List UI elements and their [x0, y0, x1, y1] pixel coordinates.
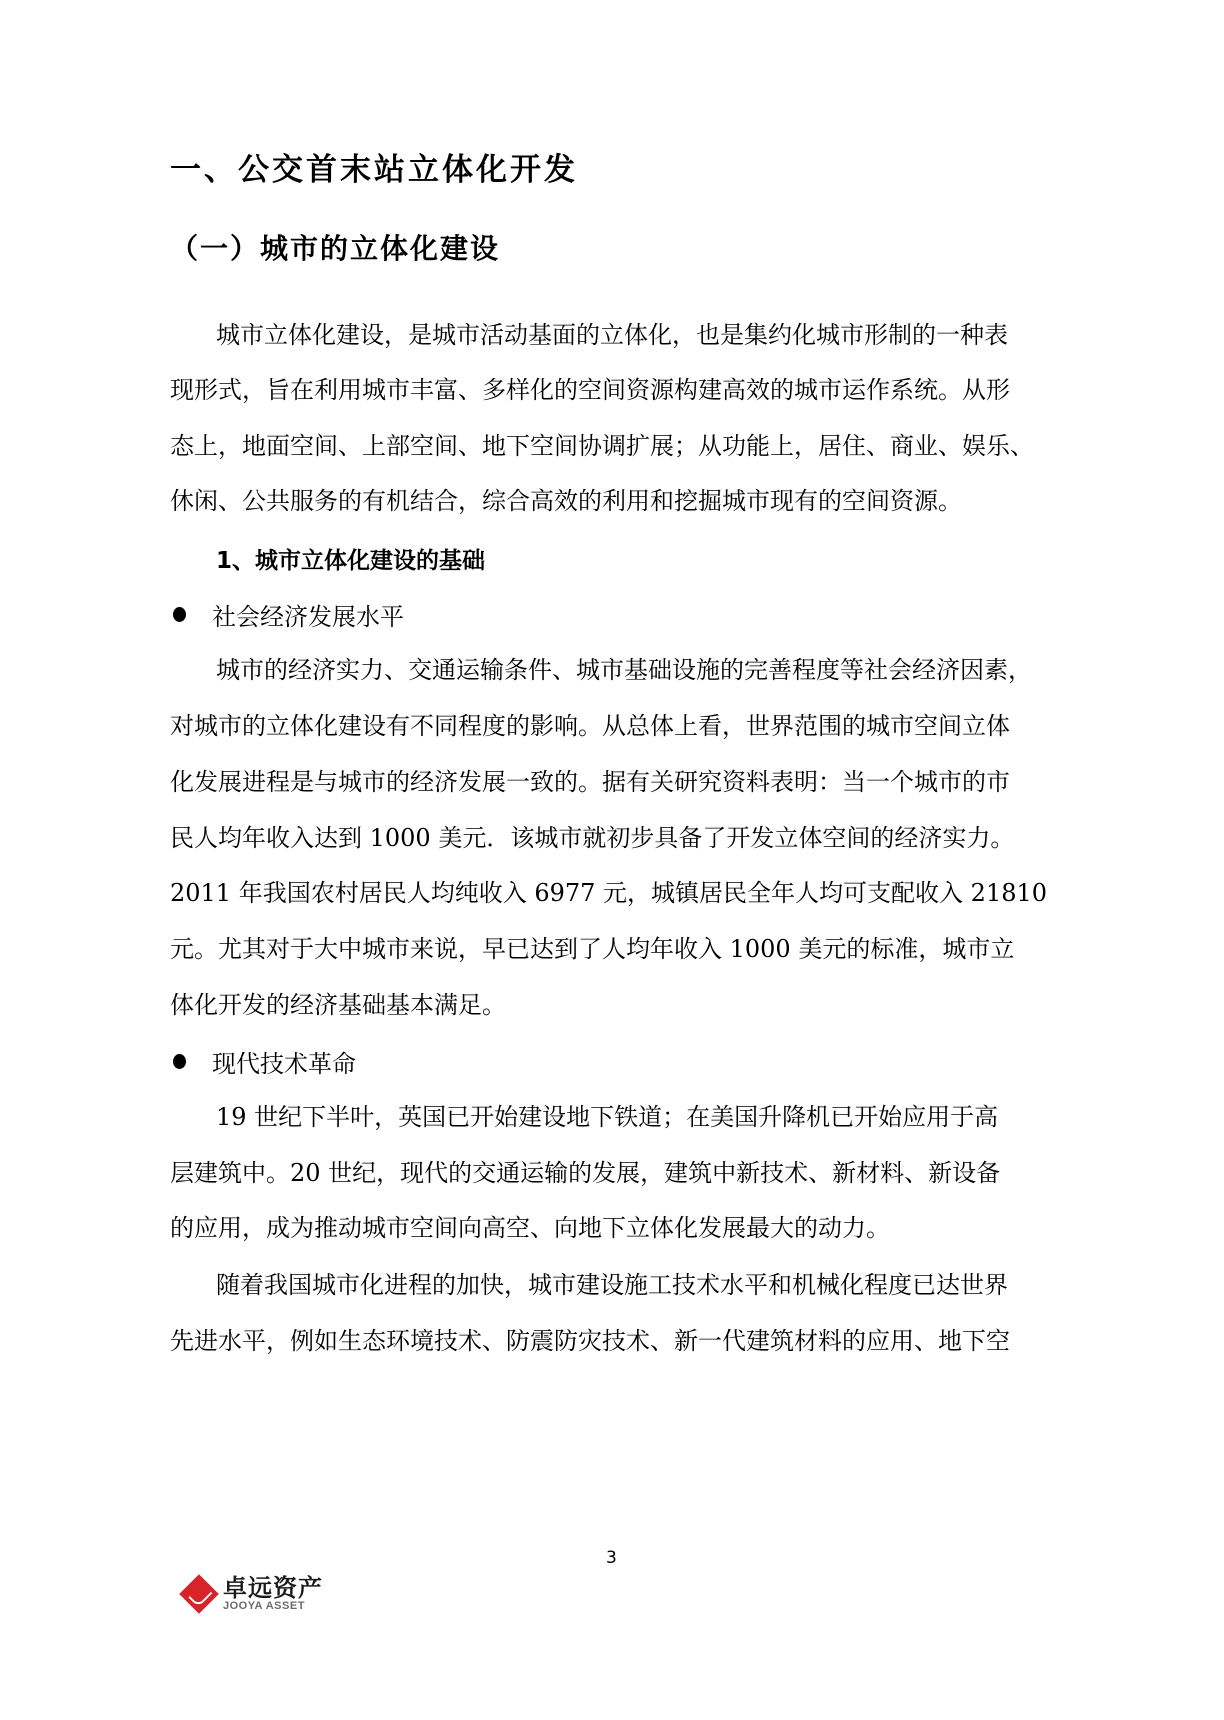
logo-name-en: JOOYA ASSET: [223, 1601, 323, 1612]
text-line: 元。尤其对于大中城市来说，早已达到了人均年收入 1000 美元的标准，城市立: [170, 933, 948, 965]
heading-level-2: （一）城市的立体化建设: [170, 227, 500, 267]
logo-name-cn: 卓远资产: [223, 1576, 323, 1600]
page-number: 3: [606, 1548, 617, 1568]
bullet-label: 社会经济发展水平: [212, 597, 404, 632]
bullet-label: 现代技术革命: [212, 1044, 356, 1079]
text-line: 对城市的立体化建设有不同程度的影响。从总体上看，世界范围的城市空间立体: [170, 710, 948, 742]
text-line: 城市的经济实力、交通运输条件、城市基础设施的完善程度等社会经济因素，: [216, 654, 948, 686]
text-line: 城市立体化建设，是城市活动基面的立体化，也是集约化城市形制的一种表: [216, 319, 948, 351]
bullet-dot-icon: [173, 607, 186, 622]
text-line: 体化开发的经济基础基本满足。: [170, 989, 948, 1021]
heading-level-1: 一、公交首末站立体化开发: [170, 144, 578, 189]
bullet-dot-icon: [173, 1054, 186, 1069]
bullet-item-economic-level: 社会经济发展水平: [170, 598, 404, 630]
text-line: 化发展进程是与城市的经济发展一致的。据有关研究资料表明：当一个城市的市: [170, 766, 948, 798]
red-diamond-logo-icon: [179, 1574, 219, 1614]
company-logo: 卓远资产 JOOYA ASSET: [185, 1576, 323, 1612]
text-line: 民人均年收入达到 1000 美元．该城市就初步具备了开发立体空间的经济实力。: [170, 822, 948, 854]
text-line: 态上，地面空间、上部空间、地下空间协调扩展；从功能上，居住、商业、娱乐、: [170, 430, 948, 462]
text-line: 19 世纪下半叶，英国已开始建设地下铁道；在美国升降机已开始应用于高: [216, 1101, 948, 1133]
text-line: 随着我国城市化进程的加快，城市建设施工技术水平和机械化程度已达世界: [216, 1269, 948, 1301]
text-line: 休闲、公共服务的有机结合，综合高效的利用和挖掘城市现有的空间资源。: [170, 485, 948, 517]
text-line: 2011 年我国农村居民人均纯收入 6977 元，城镇居民全年人均可支配收入 2…: [170, 877, 948, 909]
text-line: 现形式，旨在利用城市丰富、多样化的空间资源构建高效的城市运作系统。从形: [170, 374, 948, 406]
bullet-item-tech-revolution: 现代技术革命: [170, 1045, 356, 1077]
text-line: 层建筑中。20 世纪，现代的交通运输的发展，建筑中新技术、新材料、新设备: [170, 1157, 948, 1189]
text-line: 先进水平，例如生态环境技术、防震防灾技术、新一代建筑材料的应用、地下空: [170, 1325, 948, 1357]
text-line: 的应用，成为推动城市空间向高空、向地下立体化发展最大的动力。: [170, 1212, 948, 1244]
logo-text: 卓远资产 JOOYA ASSET: [223, 1576, 323, 1612]
heading-level-3: 1、城市立体化建设的基础: [216, 542, 485, 575]
